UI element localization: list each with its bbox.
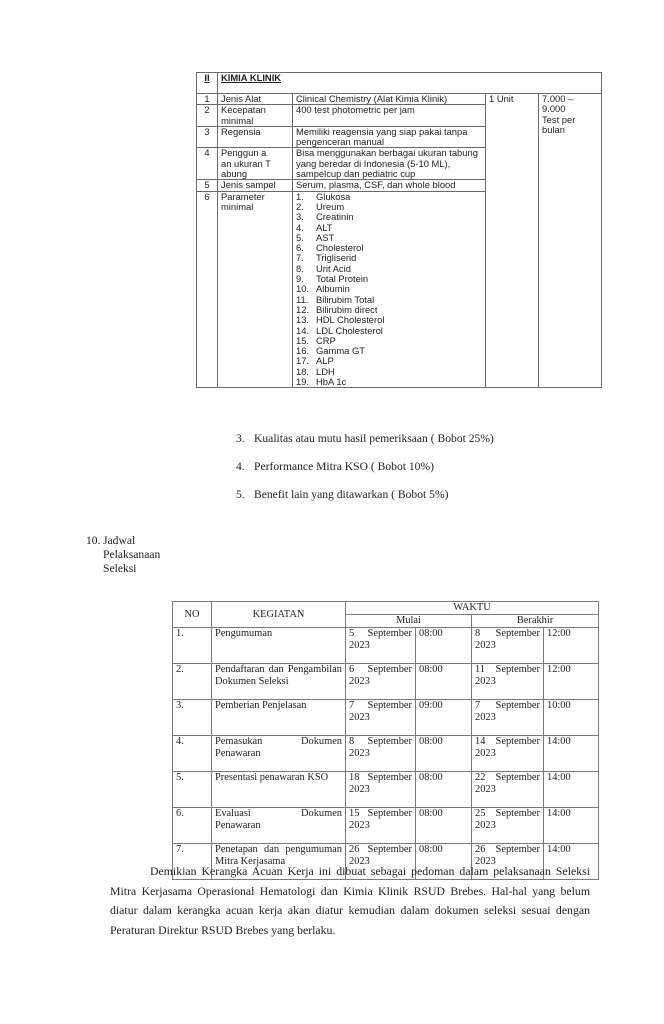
start-date: 8 September 2023 [346, 736, 416, 772]
end-date: 25 September 2023 [472, 808, 544, 844]
parameter-number: 19. [296, 377, 316, 387]
section-title: KIMIA KLINIK [218, 73, 602, 94]
parameter-name: HbA 1c [316, 377, 346, 387]
header-mulai: Mulai [346, 615, 472, 628]
row-label: Jenis sampel [218, 180, 293, 191]
schedule-row: 1.Pengumuman5 September 202308:008 Septe… [173, 628, 599, 664]
row-label: Regensia [218, 126, 293, 148]
desc-line: sampelcup dan pediatric cup [296, 169, 482, 179]
start-time: 08:00 [416, 808, 472, 844]
start-time: 08:00 [416, 772, 472, 808]
activity-name: Pemasukan Dokumen Penawaran [212, 736, 346, 772]
section-title-line: Seleksi [103, 562, 160, 576]
kimia-klinik-spec-table: II KIMIA KLINIK 1 Jenis Alat Clinical Ch… [196, 72, 602, 388]
end-date: 8 September 2023 [472, 628, 544, 664]
end-time: 14:00 [544, 772, 599, 808]
row-number: 3. [173, 700, 212, 736]
start-time: 08:00 [416, 736, 472, 772]
start-date: 15 September 2023 [346, 808, 416, 844]
end-time: 14:00 [544, 736, 599, 772]
row-number: 1 [197, 94, 218, 105]
start-date: 18 September 2023 [346, 772, 416, 808]
start-time: 09:00 [416, 700, 472, 736]
closing-paragraph: Demikian Kerangka Acuan Kerja ini dibuat… [110, 862, 590, 940]
end-time: 12:00 [544, 628, 599, 664]
section-10-heading: 10. Jadwal Pelaksanaan Seleksi [86, 534, 160, 576]
spec-row: 1 Jenis Alat Clinical Chemistry (Alat Ki… [197, 94, 602, 105]
schedule-body: 1.Pengumuman5 September 202308:008 Septe… [173, 628, 599, 880]
row-description: Serum, plasma, CSF, dan whole blood [293, 180, 486, 191]
row-number: 4. [173, 736, 212, 772]
parameter-name: HDL Cholesterol [316, 315, 384, 325]
activity-name: Pendaftaran dan Pengambilan Dokumen Sele… [212, 664, 346, 700]
activity-name: Evaluasi Dokumen Penawaran [212, 808, 346, 844]
parameter-item: 19.HbA 1c [296, 377, 482, 387]
row-number: 3 [197, 126, 218, 148]
parameter-item: 13.HDL Cholesterol [296, 315, 482, 325]
activity-name: Pengumuman [212, 628, 346, 664]
row-description: Bisa menggunakan berbagai ukuran tabung … [293, 148, 486, 180]
header-berakhir: Berakhir [472, 615, 599, 628]
criteria-number: 5. [236, 488, 254, 516]
row-number: 5. [173, 772, 212, 808]
criteria-item: 5. Benefit lain yang ditawarkan ( Bobot … [236, 488, 494, 516]
criteria-text: Performance Mitra KSO ( Bobot 10%) [254, 460, 434, 488]
end-time: 12:00 [544, 664, 599, 700]
parameter-number: 13. [296, 315, 316, 325]
row-description: 400 test photometric per jam [293, 105, 486, 127]
schedule-row: 4.Pemasukan Dokumen Penawaran8 September… [173, 736, 599, 772]
schedule-row: 2.Pendaftaran dan Pengambilan Dokumen Se… [173, 664, 599, 700]
header-waktu: WAKTU [346, 602, 599, 615]
criteria-item: 3. Kualitas atau mutu hasil pemeriksaan … [236, 432, 494, 460]
criteria-number: 3. [236, 432, 254, 460]
start-date: 5 September 2023 [346, 628, 416, 664]
header-kegiatan: KEGIATAN [212, 602, 346, 628]
section-title-line: Jadwal [103, 534, 160, 548]
row-label: Penggun aan ukuran Tabung [218, 148, 293, 180]
row-label: Kecepatan minimal [218, 105, 293, 127]
evaluation-criteria-list: 3. Kualitas atau mutu hasil pemeriksaan … [236, 432, 494, 516]
test-volume: 7.000 – 9.000 Test per bulan [539, 94, 602, 388]
row-label-text: Penggun aan ukuran Tabung [221, 148, 271, 179]
schedule-row: 5.Presentasi penawaran KSO18 September 2… [173, 772, 599, 808]
end-time: 14:00 [544, 808, 599, 844]
start-date: 7 September 2023 [346, 700, 416, 736]
activity-name: Presentasi penawaran KSO [212, 772, 346, 808]
row-number: 5 [197, 180, 218, 191]
section-number: 10. [86, 534, 103, 576]
row-description: Memiliki reagensia yang siap pakai tanpa… [293, 126, 486, 148]
criteria-item: 4. Performance Mitra KSO ( Bobot 10%) [236, 460, 494, 488]
selection-schedule-table: NO KEGIATAN WAKTU Mulai Berakhir 1.Pengu… [172, 601, 599, 880]
schedule-row: 6.Evaluasi Dokumen Penawaran15 September… [173, 808, 599, 844]
row-label: Jenis Alat [218, 94, 293, 105]
spec-section-header: II KIMIA KLINIK [197, 73, 602, 94]
row-description: Clinical Chemistry (Alat Kimia Klinik) [293, 94, 486, 105]
criteria-text: Kualitas atau mutu hasil pemeriksaan ( B… [254, 432, 494, 460]
start-date: 6 September 2023 [346, 664, 416, 700]
row-number: 4 [197, 148, 218, 180]
row-number: 2 [197, 105, 218, 127]
parameter-list: 1.Glukosa2.Ureum3.Creatinin4.ALT5.AST6.C… [296, 192, 482, 388]
criteria-text: Benefit lain yang ditawarkan ( Bobot 5%) [254, 488, 448, 516]
parameter-list-cell: 1.Glukosa2.Ureum3.Creatinin4.ALT5.AST6.C… [293, 191, 486, 388]
section-title-line: Pelaksanaan [103, 548, 160, 562]
row-number: 2. [173, 664, 212, 700]
test-volume-line: bulan [542, 125, 598, 135]
schedule-row: 3.Pemberian Penjelasan7 September 202309… [173, 700, 599, 736]
end-date: 11 September 2023 [472, 664, 544, 700]
row-number: 6. [173, 808, 212, 844]
row-number: 1. [173, 628, 212, 664]
start-time: 08:00 [416, 664, 472, 700]
end-date: 22 September 2023 [472, 772, 544, 808]
unit-quantity: 1 Unit [486, 94, 539, 388]
end-time: 10:00 [544, 700, 599, 736]
section-number: II [197, 73, 218, 94]
activity-name: Pemberian Penjelasan [212, 700, 346, 736]
row-label: Parameter minimal [218, 191, 293, 388]
header-no: NO [173, 602, 212, 628]
end-date: 7 September 2023 [472, 700, 544, 736]
start-time: 08:00 [416, 628, 472, 664]
criteria-number: 4. [236, 460, 254, 488]
end-date: 14 September 2023 [472, 736, 544, 772]
row-number: 6 [197, 191, 218, 388]
